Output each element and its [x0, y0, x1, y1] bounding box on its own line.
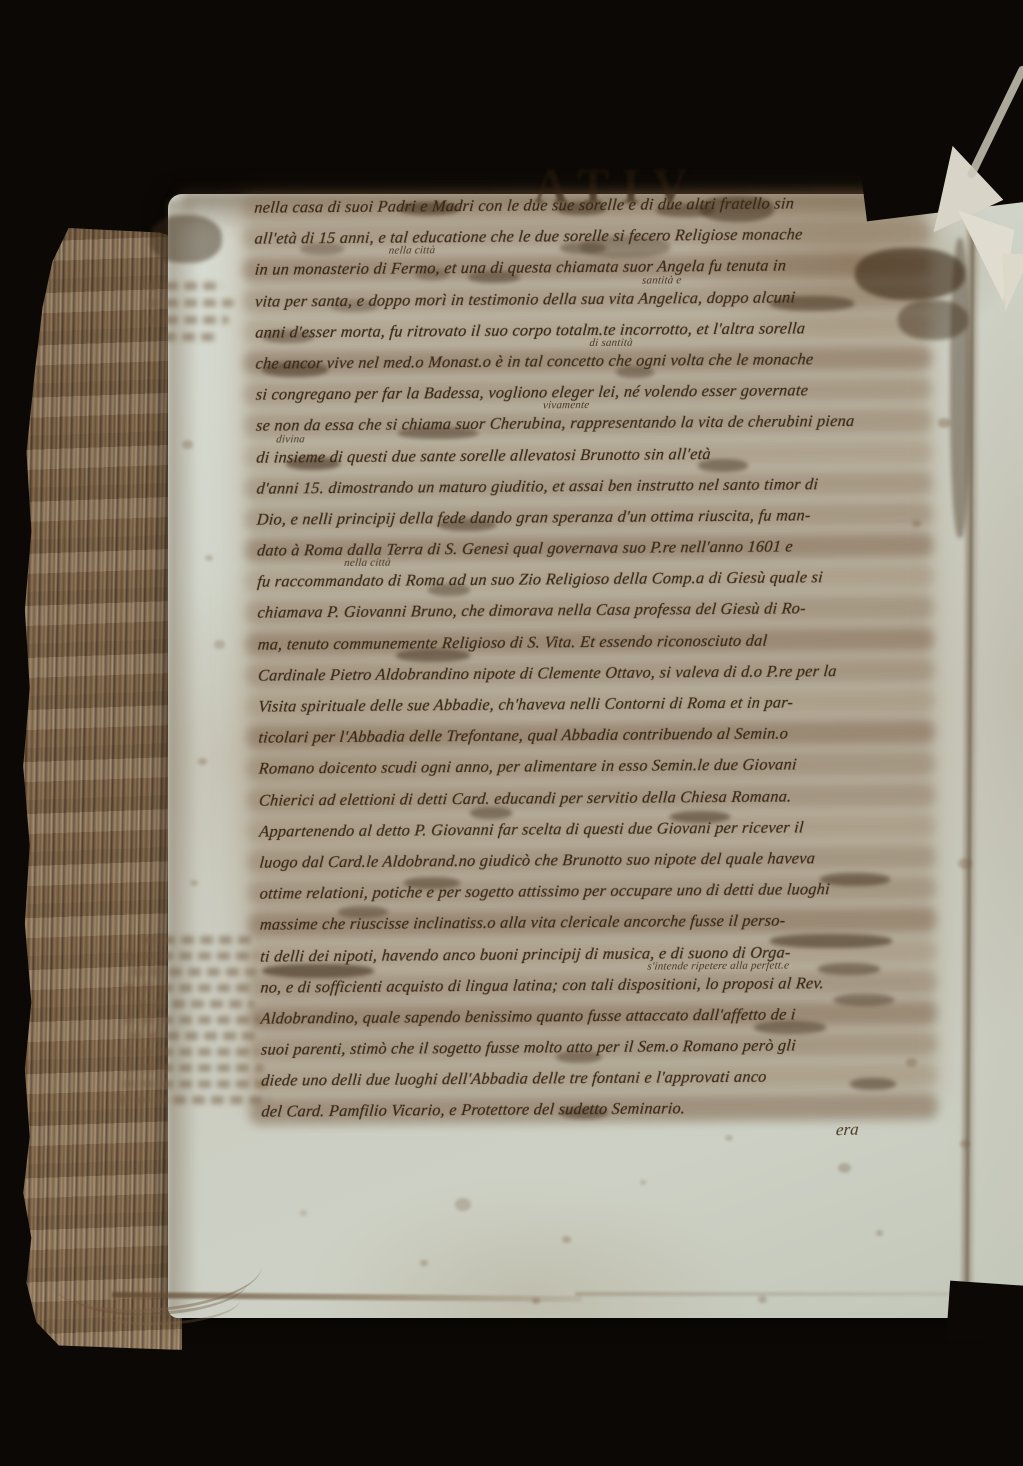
manuscript-line: vivamentese non da essa che si chiama su… [256, 405, 924, 441]
manuscript-line-text: luogo dal Card.le Aldobrand.no giudicò c… [258, 842, 816, 878]
ink-blot [396, 649, 470, 662]
ink-blot [556, 1051, 602, 1063]
ink-blot [818, 963, 880, 975]
ink-blot [580, 236, 670, 258]
manuscript-line-text: diede uno delli due luoghi dell'Abbadia … [260, 1061, 768, 1096]
interlinear-correction: nella città [388, 245, 436, 257]
manuscript-line-text: si congregano per far la Badessa, voglio… [255, 374, 810, 410]
paper-stain-dot [182, 440, 193, 449]
manuscript-line-text: Visita spirituale delle sue Abbadie, ch'… [257, 686, 794, 721]
manuscript-line-text: Chierici ad elettioni di detti Card. edu… [258, 780, 793, 815]
manuscript-line-text: dato à Roma dalla Terra di S. Genesi qua… [256, 530, 794, 565]
interlinear-correction: santità e [642, 274, 683, 286]
manuscript-line: ma, tenuto communemente Religioso di S. … [258, 623, 926, 659]
ink-blot [330, 300, 378, 312]
ink-blot [300, 243, 344, 255]
manuscript-line: nella cittàfu raccommandato di Roma ad u… [257, 561, 925, 597]
ink-blot [670, 811, 730, 823]
catchword: era [835, 1120, 859, 1141]
manuscript-line-text: chiamava P. Giovanni Bruno, che dimorava… [256, 593, 807, 629]
manuscript-line-text: in un monasterio di Fermo, et una di que… [254, 250, 788, 285]
ink-blot [262, 362, 328, 377]
ink-blot [398, 427, 478, 439]
ink-blot [286, 457, 340, 470]
ink-blot [404, 877, 460, 889]
paper-stain-dot [300, 1210, 307, 1216]
interlinear-correction: s'intende ripetere alla perfett.e [647, 959, 790, 972]
manuscript-line: di santitàche ancor vive nel med.o Monas… [256, 342, 924, 378]
paper-stain-dot [214, 640, 225, 649]
ink-blot [698, 459, 748, 472]
paper-stain-dot [906, 1058, 917, 1067]
ink-blot [150, 215, 222, 263]
interlinear-correction: vivamente [543, 399, 591, 411]
manuscript-text-block: nella casa di suoi Padri e Madri con le … [254, 186, 929, 1127]
ink-blot [468, 271, 520, 283]
manuscript-line-text: ticolari per l'Abbadia delle Trefontane,… [257, 718, 789, 753]
manuscript-line: Appartenendo al detto P. Giovanni far sc… [259, 810, 927, 846]
paper-stain-dot [455, 1198, 471, 1211]
ink-blot [820, 873, 890, 886]
manuscript-line-text: Dio, e nelli principij della fede dando … [256, 499, 812, 535]
ink-blot [700, 196, 774, 222]
manuscript-line-text: del Card. Pamfilio Vicario, e Protettore… [260, 1093, 686, 1128]
manuscript-line-text: ottime relationi, potiche e per sogetto … [259, 873, 832, 909]
interlinear-correction: nella città [344, 557, 392, 569]
manuscript-line: ticolari per l'Abbadia delle Trefontane,… [259, 717, 927, 753]
manuscript-line-text: anni d'esser morta, fu ritrovato il suo … [254, 312, 806, 348]
book-fore-edge-page-stack [20, 228, 182, 1350]
ink-blot [338, 906, 388, 918]
paper-stain-dot [876, 1230, 883, 1236]
ink-blot [616, 366, 654, 378]
ink-blot [560, 1107, 608, 1119]
ink-blot [950, 238, 970, 538]
manuscript-line-text: che ancor vive nel med.o Monast.o è in t… [254, 343, 814, 379]
ink-blot [262, 964, 374, 978]
interlinear-correction: divina [276, 433, 306, 445]
ink-blot [754, 1021, 826, 1034]
margin-bleedthrough-upper [146, 282, 238, 350]
manuscript-line: divinadi insieme di questi due sante sor… [256, 436, 924, 472]
manuscript-line: diede uno delli due luoghi dell'Abbadia … [261, 1060, 929, 1096]
paper-stain-dot [640, 1180, 646, 1185]
manuscript-line: Dio, e nelli principij della fede dando … [257, 498, 925, 534]
manuscript-line: Aldobrandino, quale sapendo benissimo qu… [261, 997, 929, 1033]
ink-blot [398, 202, 460, 215]
ink-blot [556, 202, 606, 215]
manuscript-line: Romano doicento scudi ogni anno, per ali… [259, 748, 927, 784]
ink-blot [262, 330, 314, 343]
manuscript-line-text: suoi parenti, stimò che il sogetto fusse… [260, 1029, 797, 1064]
manuscript-line: d'anni 15. dimostrando un maturo giuditi… [257, 467, 925, 503]
background-wedge-bottom-right [946, 1281, 1023, 1348]
ink-blot [855, 248, 965, 300]
manuscript-line: chiamava P. Giovanni Bruno, che dimorava… [258, 592, 926, 628]
ink-blot [415, 268, 449, 280]
ink-blot [770, 296, 854, 311]
paper-stain-dot [960, 1140, 970, 1148]
manuscript-line-text: vita per santa, e doppo morì in testimon… [254, 281, 797, 316]
bottom-edge-stain-line-faint [575, 1292, 985, 1296]
ink-blot [428, 584, 470, 596]
ink-blot [770, 934, 892, 948]
ink-blot [834, 994, 894, 1006]
manuscript-line-text: fu raccommandato di Roma ad un suo Zio R… [256, 561, 824, 597]
manuscript-line-text: ma, tenuto communemente Religioso di S. … [257, 624, 769, 659]
manuscript-line-text: Cardinale Pietro Aldobrandino nipote di … [257, 655, 838, 691]
ink-blot [850, 1078, 896, 1090]
manuscript-line-text: Aldobrandino, quale sapendo benissimo qu… [260, 998, 797, 1033]
manuscript-line: Chierici ad elettioni di detti Card. edu… [259, 779, 927, 815]
interlinear-correction: di santità [589, 337, 633, 349]
manuscript-line-text: Romano doicento scudi ogni anno, per ali… [258, 749, 798, 784]
ink-blot [438, 519, 496, 531]
ink-blot [470, 807, 512, 819]
photo-scene: ATIV nella casa di suoi Padri e Madri co… [0, 0, 1023, 1466]
manuscript-line-text: d'anni 15. dimostrando un maturo giuditi… [255, 468, 819, 504]
page-left-shadow [168, 200, 198, 1312]
